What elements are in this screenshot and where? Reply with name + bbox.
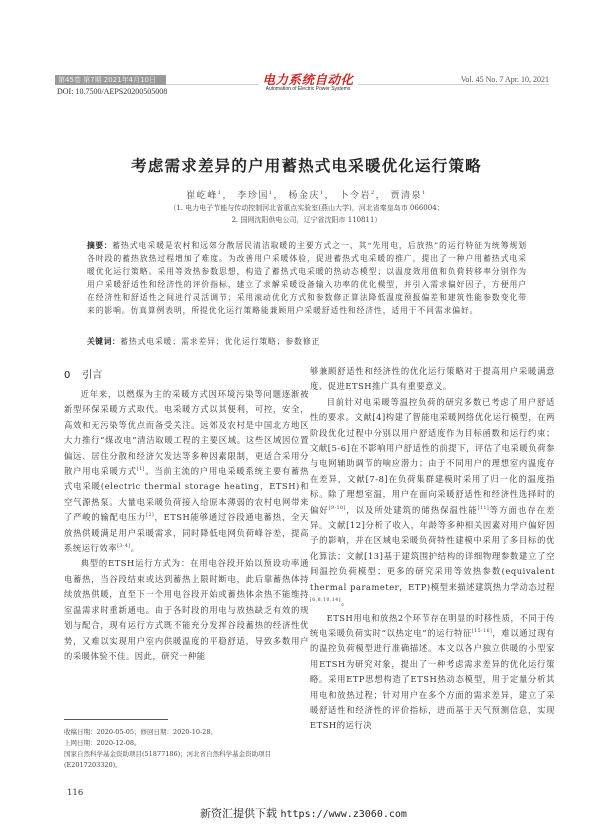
affiliation-mark: 2 — [371, 190, 376, 196]
paper-title: 考虑需求差异的户用蓄热式电采暖优化运行策略 — [0, 154, 613, 176]
text: 。 — [341, 597, 350, 607]
affiliation-mark: 1 — [269, 190, 274, 196]
doi: DOI: 10.7500/AEPS20200505008 — [57, 87, 167, 96]
author: 李珍国 — [237, 191, 269, 201]
abstract-text: 蓄热式电采暖是农村和远郊分散居民清洁取暖的主要方式之一，其“先用电，后放热”的运… — [87, 241, 527, 315]
paragraph: 够兼顾舒适性和经济性的优化运行策略对于提高用户采暖满意度、促进ETSH推广具有重… — [310, 364, 555, 395]
author: 卜令岩 — [339, 191, 371, 201]
text: ，以及所处建筑的储热保温性能 — [346, 505, 478, 515]
citation[interactable]: [2] — [146, 513, 154, 518]
keywords: 关键词：蓄热式电采暖；需求差异；优化运行策略；参数修正 — [87, 336, 527, 347]
author-list: 崔屹峰1， 李珍国1， 杨金庆1， 卜令岩2， 贾清泉1 — [0, 188, 613, 201]
text: ，难以通过现有的温控负荷模型进行准确描述。本文以各户独立供暖的小型家用ETSH为… — [310, 628, 555, 730]
journal-name-en: Automation of Electric Power Systems — [250, 86, 366, 92]
watermark-url[interactable]: https://www.z3060.com — [281, 809, 407, 820]
affiliation-2: 2. 国网沈阳供电公司，辽宁省沈阳市 110811） — [0, 215, 613, 225]
watermark: 新资汇提供下载 https://www.z3060.com — [200, 805, 407, 821]
funding: 国家自然科学基金资助项目(51877186)；河北省自然科学基金资助项目(E20… — [64, 749, 304, 771]
section-number: 0 — [64, 370, 70, 381]
volume-info: Vol. 45 No. 7 Apr. 10, 2021 — [383, 75, 549, 84]
affiliation-mark: 1 — [218, 190, 223, 196]
paragraph: ETSH用电和放热2个环节存在明显的时移性质，不同于传统电采暖负荷实时“以热定电… — [310, 611, 555, 734]
section-title: 引言 — [82, 370, 102, 381]
page-number: 116 — [67, 788, 83, 798]
citation[interactable]: [1] — [137, 467, 145, 472]
citation[interactable]: [15-16] — [472, 629, 492, 634]
header-rule-right — [358, 84, 549, 85]
abstract: 摘要：蓄热式电采暖是农村和远郊分散居民清洁取暖的主要方式之一，其“先用电，后放热… — [87, 239, 527, 317]
paragraph: 典型的ETSH运行方式为：在用电谷段开始以预设功率通电蓄热，当谷段结束或达到蓄热… — [64, 556, 309, 664]
abstract-label: 摘要： — [87, 241, 112, 250]
affiliation-mark: 1 — [422, 190, 427, 196]
right-column: 够兼顾舒适性和经济性的优化运行策略对于提高用户采暖满意度、促进ETSH推广具有重… — [310, 364, 555, 734]
footnotes: 收稿日期：2020-05-05；修回日期：2020-10-28。 上网日期：20… — [64, 727, 304, 771]
citation[interactable]: [9-10] — [329, 506, 346, 511]
author: 崔屹峰 — [186, 191, 218, 201]
citation[interactable]: [11] — [478, 506, 489, 511]
watermark-text: 新资汇提供下载 — [200, 807, 281, 820]
citation[interactable]: [3-4] — [117, 544, 131, 549]
footnote-divider — [64, 719, 168, 720]
author: 贾清泉 — [391, 191, 423, 201]
paragraph: 目前针对电采暖等温控负荷的研究多数已考虑了用户舒适性的要求。文献[4]构建了智能… — [310, 395, 555, 611]
affiliation-1: （1. 电力电子节能与传动控制河北省重点实验室(燕山大学)，河北省秦皇岛市 06… — [0, 203, 613, 213]
citation[interactable]: [6,8,10,14] — [310, 598, 341, 603]
section-heading: 0引言 — [64, 366, 114, 381]
text: 等方面也存在差异。文献[12]分析了收入，年龄等多种相关因素对用户偏好因子的影响… — [310, 505, 555, 592]
paragraph: 近年来，以燃煤为主的采暖方式因环境污染等问题逐渐被新型环保采暖方式取代。电采暖方… — [64, 387, 309, 556]
text: 。 — [131, 543, 140, 553]
keywords-label: 关键词： — [87, 337, 120, 346]
text: 近年来，以燃煤为主的采暖方式因环境污染等问题逐渐被新型环保采暖方式取代。电采暖方… — [64, 389, 309, 476]
online-date: 上网日期：2020-12-08。 — [64, 738, 304, 749]
received-date: 收稿日期：2020-05-05；修回日期：2020-10-28。 — [64, 727, 304, 738]
affiliation-mark: 1 — [320, 190, 325, 196]
left-column: 近年来，以燃煤为主的采暖方式因环境污染等问题逐渐被新型环保采暖方式取代。电采暖方… — [64, 387, 309, 664]
issue-bar: 第45卷 第7期 2021年4月10日 — [55, 75, 166, 85]
journal-header: 第45卷 第7期 2021年4月10日 DOI: 10.7500/AEPS202… — [0, 0, 613, 110]
text: 目前针对电采暖等温控负荷的研究多数已考虑了用户舒适性的要求。文献[4]构建了智能… — [310, 397, 555, 515]
keywords-text: 蓄热式电采暖；需求差异；优化运行策略；参数修正 — [120, 337, 320, 346]
header-rule-left — [166, 84, 258, 85]
author: 杨金庆 — [288, 191, 320, 201]
